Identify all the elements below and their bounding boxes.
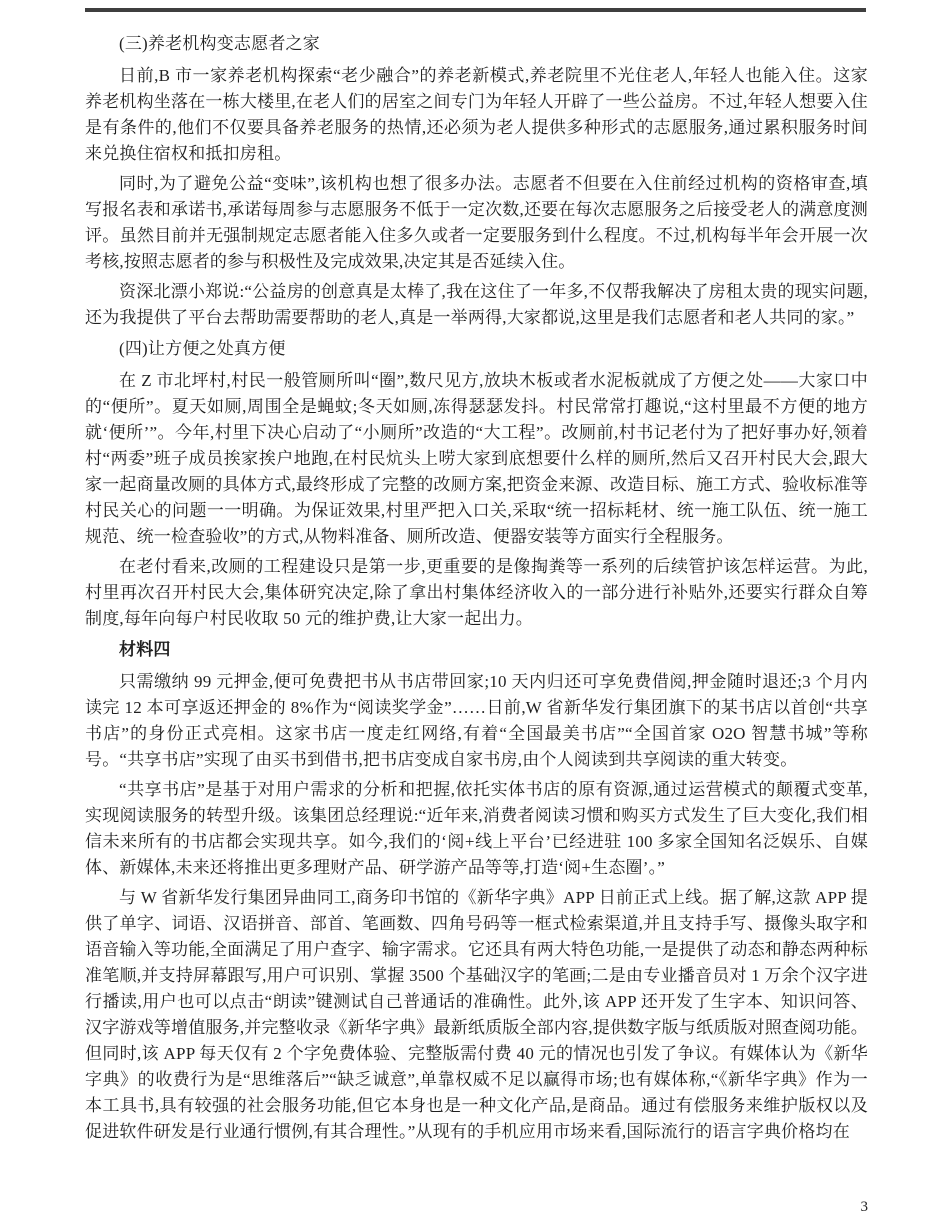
paragraph-beipiao-quote: 资深北漂小郑说:“公益房的创意真是太棒了,我在这住了一年多,不仅帮我解决了房租太… xyxy=(85,279,868,331)
document-body: (三)养老机构变志愿者之家 日前,B 市一家养老机构探索“老少融合”的养老新模式… xyxy=(85,26,868,1149)
paragraph-maintenance-fee: 在老付看来,改厕的工程建设只是第一步,更重要的是像掏粪等一系列的后续管护该怎样运… xyxy=(85,554,868,632)
paragraph-shared-bookstore-upgrade: “共享书店”是基于对用户需求的分析和把握,依托实体书店的原有资源,通过运营模式的… xyxy=(85,777,868,881)
page-number: 3 xyxy=(861,1199,869,1216)
section-heading-3: (三)养老机构变志愿者之家 xyxy=(85,31,868,57)
page-top-rule xyxy=(85,8,866,12)
section-heading-4: (四)让方便之处真方便 xyxy=(85,336,868,362)
paragraph-xinhua-dictionary-app: 与 W 省新华发行集团异曲同工,商务印书馆的《新华字典》APP 日前正式上线。据… xyxy=(85,885,868,1145)
paragraph-shared-bookstore-intro: 只需缴纳 99 元押金,便可免费把书从书店带回家;10 天内归还可享免费借阅,押… xyxy=(85,669,868,773)
paragraph-toilet-renovation: 在 Z 市北坪村,村民一般管厕所叫“圈”,数尺见方,放块木板或者水泥板就成了方便… xyxy=(85,368,868,550)
paragraph-elder-care-model: 日前,B 市一家养老机构探索“老少融合”的养老新模式,养老院里不光住老人,年轻人… xyxy=(85,63,868,167)
material-4-heading: 材料四 xyxy=(85,637,868,663)
paragraph-volunteer-rules: 同时,为了避免公益“变味”,该机构也想了很多办法。志愿者不但要在入住前经过机构的… xyxy=(85,171,868,275)
